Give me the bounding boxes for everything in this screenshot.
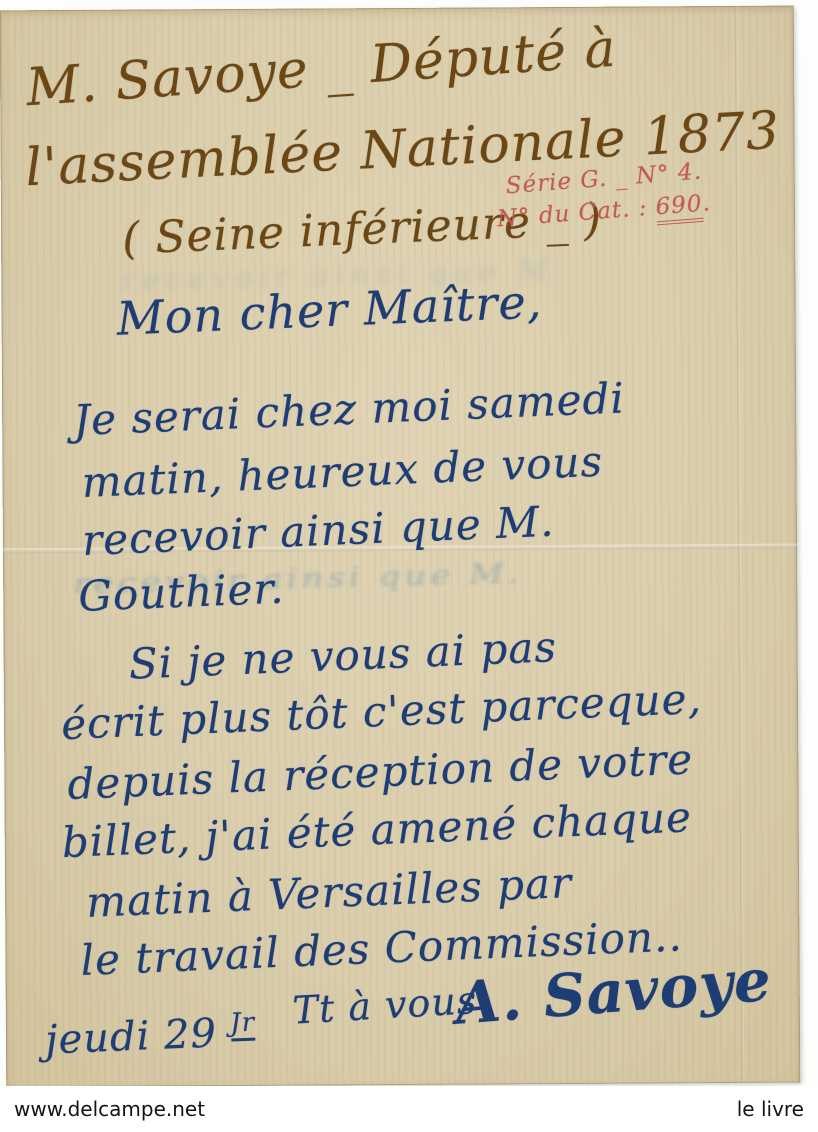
letter-line: matin à Versailles par xyxy=(85,858,573,927)
watermark-bar: www.delcampe.net le livre xyxy=(0,1086,818,1132)
letter-closing: Tt à vous xyxy=(291,978,478,1033)
annotation-line-1: M. Savoye _ Député à xyxy=(24,19,618,119)
letter-line: recevoir ainsi que M. xyxy=(81,497,555,565)
date-text: jeudi 29 xyxy=(44,1010,231,1064)
letter-line: matin, heureux de vous xyxy=(81,437,604,507)
letter-scan: recevoir ainsi que M. recevoir ainsi que… xyxy=(0,0,818,1132)
date-note: jeudi 29 Jr xyxy=(44,1008,256,1064)
date-superscript: Jr xyxy=(230,1008,256,1042)
letter-line: Gouthier. xyxy=(77,564,285,621)
watermark-right: le livre xyxy=(737,1097,804,1121)
letter-line: Si je ne vous ai pas xyxy=(128,622,558,689)
catalog-number-underlined: 690 xyxy=(655,191,704,225)
catalog-note-suffix: . xyxy=(701,190,711,217)
letter-paper: recevoir ainsi que M. recevoir ainsi que… xyxy=(0,6,800,1088)
letter-line: Je serai chez moi samedi xyxy=(72,373,625,445)
watermark-left: www.delcampe.net xyxy=(14,1097,205,1121)
